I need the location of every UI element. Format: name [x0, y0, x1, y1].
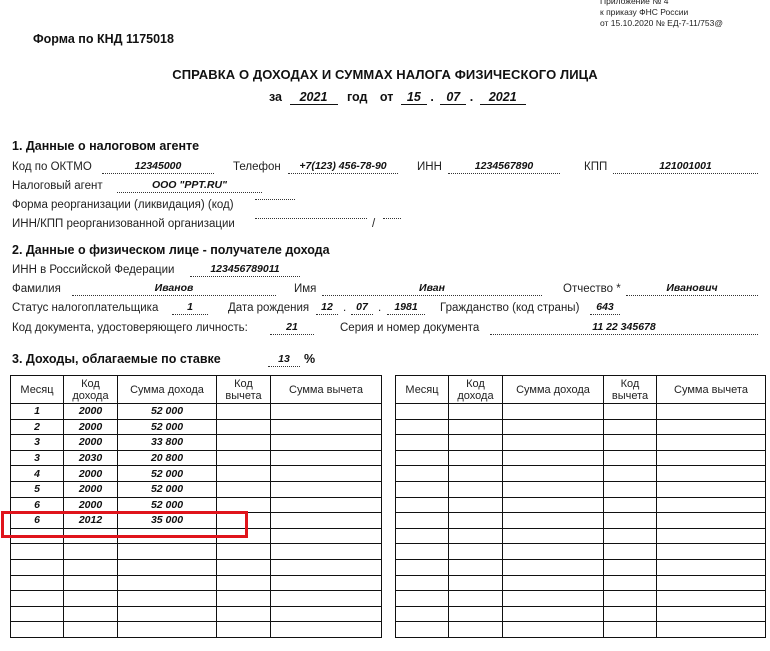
doc-number-label: Серия и номер документа [340, 322, 479, 334]
deduction-code-cell[interactable] [217, 450, 271, 466]
birth-year-field[interactable]: 1981 [387, 301, 425, 315]
income-amount-cell[interactable] [118, 559, 217, 575]
deduction-code-cell[interactable] [604, 435, 657, 451]
table-row [396, 450, 766, 466]
patronymic-field[interactable]: Иванович [626, 282, 758, 296]
deduction-amount-cell[interactable] [657, 622, 766, 638]
month-cell[interactable] [396, 466, 449, 482]
deduction-amount-cell[interactable] [271, 450, 382, 466]
birth-day-field[interactable]: 12 [316, 301, 338, 315]
month-cell[interactable] [396, 419, 449, 435]
deduction-amount-cell[interactable] [271, 528, 382, 544]
section-3-title: 3. Доходы, облагаемые по ставке [12, 352, 221, 366]
table-row [11, 575, 382, 591]
table-row [396, 559, 766, 575]
date-separator: . [430, 90, 433, 104]
patronymic-label: Отчество * [563, 283, 621, 295]
income-amount-cell[interactable] [503, 528, 604, 544]
income-code-cell[interactable] [449, 591, 503, 607]
tax-rate-field[interactable]: 13 [268, 353, 300, 367]
deduction-code-cell[interactable] [217, 606, 271, 622]
name-field[interactable]: Иван [322, 282, 542, 296]
income-code-cell[interactable] [449, 528, 503, 544]
appendix-line: Приложение № 4 [600, 0, 723, 7]
deduction-amount-cell[interactable] [271, 497, 382, 513]
column-header-deduction-code: Код вычета [217, 376, 271, 404]
income-code-cell[interactable] [449, 466, 503, 482]
deduction-amount-cell[interactable] [271, 591, 382, 607]
deduction-amount-cell[interactable] [657, 481, 766, 497]
month-cell[interactable] [396, 544, 449, 560]
deduction-amount-cell[interactable] [271, 466, 382, 482]
oktmo-field[interactable]: 12345000 [102, 160, 214, 174]
income-code-cell[interactable]: 2000 [64, 419, 118, 435]
deduction-code-cell[interactable] [217, 404, 271, 420]
table-row [396, 513, 766, 529]
income-code-cell[interactable] [64, 591, 118, 607]
income-code-cell[interactable] [449, 622, 503, 638]
table-row: 4200052 000 [11, 466, 382, 482]
column-header-deduction-code: Код вычета [604, 376, 657, 404]
month-cell[interactable]: 3 [11, 435, 64, 451]
income-code-cell[interactable] [449, 497, 503, 513]
doc-number-field[interactable]: 11 22 345678 [490, 321, 758, 335]
deduction-code-cell[interactable] [604, 622, 657, 638]
date-prefix: от [380, 90, 393, 104]
deduction-amount-cell[interactable] [271, 575, 382, 591]
surname-label: Фамилия [12, 283, 61, 295]
deduction-amount-cell[interactable] [271, 544, 382, 560]
deduction-code-cell[interactable] [604, 528, 657, 544]
table-row [396, 466, 766, 482]
income-amount-cell[interactable] [503, 513, 604, 529]
income-code-cell[interactable] [64, 575, 118, 591]
table-row: 5200052 000 [11, 481, 382, 497]
deduction-code-cell[interactable] [604, 513, 657, 529]
income-code-cell[interactable] [449, 481, 503, 497]
income-amount-cell[interactable] [503, 591, 604, 607]
table-row [396, 481, 766, 497]
column-header-income-code: Код дохода [64, 376, 118, 404]
reorg-innkpp-label: ИНН/КПП реорганизованной организации [12, 218, 235, 230]
form-code: Форма по КНД 1175018 [33, 32, 174, 46]
name-label: Имя [294, 283, 316, 295]
deduction-code-cell[interactable] [217, 466, 271, 482]
month-cell[interactable] [396, 481, 449, 497]
table-row [396, 575, 766, 591]
income-amount-cell[interactable] [503, 622, 604, 638]
document-title: СПРАВКА О ДОХОДАХ И СУММАХ НАЛОГА ФИЗИЧЕ… [0, 67, 770, 82]
doc-code-field[interactable]: 21 [270, 321, 314, 335]
year-prefix: за [269, 90, 282, 104]
month-cell[interactable] [11, 591, 64, 607]
deduction-code-cell[interactable] [217, 622, 271, 638]
deduction-amount-cell[interactable] [657, 591, 766, 607]
column-header-deduction-amount: Сумма вычета [271, 376, 382, 404]
deduction-amount-cell[interactable] [657, 466, 766, 482]
income-amount-cell[interactable] [503, 404, 604, 420]
table-row [11, 544, 382, 560]
income-amount-cell[interactable] [503, 466, 604, 482]
table-row [11, 591, 382, 607]
reorg-inn-field[interactable] [255, 218, 367, 219]
income-code-cell[interactable] [449, 404, 503, 420]
deduction-code-cell[interactable] [217, 544, 271, 560]
column-header-income-code: Код дохода [449, 376, 503, 404]
income-amount-cell[interactable] [118, 622, 217, 638]
phone-label: Телефон [233, 161, 281, 173]
income-code-cell[interactable] [449, 435, 503, 451]
section-2-title: 2. Данные о физическом лице - получателе… [12, 243, 330, 257]
month-cell[interactable] [11, 559, 64, 575]
income-code-cell[interactable] [64, 544, 118, 560]
income-table-right: Месяц Код дохода Сумма дохода Код вычета… [395, 375, 766, 638]
deduction-amount-cell[interactable] [271, 606, 382, 622]
agent-inn-label: ИНН [417, 161, 442, 173]
month-cell[interactable]: 5 [11, 481, 64, 497]
table-row [396, 497, 766, 513]
oktmo-label: Код по ОКТМО [12, 161, 92, 173]
table-row: 1200052 000 [11, 404, 382, 420]
month-cell[interactable] [396, 591, 449, 607]
deduction-code-cell[interactable] [604, 497, 657, 513]
table-row [396, 622, 766, 638]
income-amount-cell[interactable] [503, 575, 604, 591]
income-amount-cell[interactable] [503, 559, 604, 575]
highlighted-row-marker [1, 511, 248, 538]
deduction-code-cell[interactable] [604, 559, 657, 575]
citizenship-label: Гражданство (код страны) [440, 302, 579, 314]
agent-label: Налоговый агент [12, 180, 103, 192]
month-cell[interactable]: 1 [11, 404, 64, 420]
month-cell[interactable] [11, 575, 64, 591]
table-row: 3203020 800 [11, 450, 382, 466]
column-header-month: Месяц [11, 376, 64, 404]
deduction-amount-cell[interactable] [657, 513, 766, 529]
month-cell[interactable] [396, 404, 449, 420]
table-row [396, 528, 766, 544]
income-amount-cell[interactable] [503, 481, 604, 497]
income-amount-cell[interactable] [118, 575, 217, 591]
doc-code-label: Код документа, удостоверяющего личность: [12, 322, 248, 334]
column-header-income-amount: Сумма дохода [118, 376, 217, 404]
table-row: 2200052 000 [11, 419, 382, 435]
deduction-code-cell[interactable] [604, 466, 657, 482]
income-code-cell[interactable]: 2000 [64, 435, 118, 451]
income-code-cell[interactable] [449, 606, 503, 622]
agent-inn-field[interactable]: 1234567890 [448, 160, 560, 174]
month-cell[interactable] [396, 575, 449, 591]
deduction-code-cell[interactable] [604, 606, 657, 622]
table-row [396, 591, 766, 607]
month-cell[interactable] [396, 606, 449, 622]
income-amount-cell[interactable] [503, 497, 604, 513]
deduction-amount-cell[interactable] [271, 559, 382, 575]
income-code-cell[interactable]: 2030 [64, 450, 118, 466]
deduction-code-cell[interactable] [604, 591, 657, 607]
person-inn-label: ИНН в Российской Федерации [12, 264, 174, 276]
table-row: 3200033 800 [11, 435, 382, 451]
deduction-amount-cell[interactable] [271, 404, 382, 420]
table-row [11, 559, 382, 575]
deduction-amount-cell[interactable] [657, 450, 766, 466]
income-amount-cell[interactable]: 52 000 [118, 419, 217, 435]
deduction-amount-cell[interactable] [271, 435, 382, 451]
status-label: Статус налогоплательщика [12, 302, 158, 314]
deduction-code-cell[interactable] [217, 575, 271, 591]
date-day: 15 [401, 90, 427, 105]
table-row [396, 606, 766, 622]
reorg-kpp-field[interactable] [383, 218, 401, 219]
table-header-row: Месяц Код дохода Сумма дохода Код вычета… [396, 376, 766, 404]
deduction-amount-cell[interactable] [271, 419, 382, 435]
column-header-deduction-amount: Сумма вычета [657, 376, 766, 404]
income-amount-cell[interactable] [118, 591, 217, 607]
reorg-separator: / [372, 218, 375, 230]
income-code-cell[interactable] [64, 606, 118, 622]
date-separator: . [470, 90, 473, 104]
column-header-income-amount: Сумма дохода [503, 376, 604, 404]
deduction-code-cell[interactable] [217, 481, 271, 497]
appendix-note: Приложение № 4 к приказу ФНС России от 1… [600, 0, 723, 29]
kpp-label: КПП [584, 161, 607, 173]
income-amount-cell[interactable] [503, 606, 604, 622]
month-cell[interactable] [396, 435, 449, 451]
birth-date-label: Дата рождения [228, 302, 309, 314]
table-row [11, 606, 382, 622]
income-amount-cell[interactable]: 33 800 [118, 435, 217, 451]
phone-field[interactable]: +7(123) 456-78-90 [288, 160, 398, 174]
deduction-code-cell[interactable] [604, 481, 657, 497]
deduction-amount-cell[interactable] [657, 544, 766, 560]
income-amount-cell[interactable] [503, 419, 604, 435]
deduction-code-cell[interactable] [604, 404, 657, 420]
income-amount-cell[interactable]: 52 000 [118, 481, 217, 497]
income-table-left: Месяц Код дохода Сумма дохода Код вычета… [10, 375, 382, 638]
agent-field[interactable]: ООО "PPT.RU" [117, 179, 262, 193]
deduction-code-cell[interactable] [217, 435, 271, 451]
table-row [396, 404, 766, 420]
income-amount-cell[interactable] [503, 450, 604, 466]
deduction-code-cell[interactable] [604, 575, 657, 591]
deduction-amount-cell[interactable] [657, 528, 766, 544]
month-cell[interactable] [396, 528, 449, 544]
income-amount-cell[interactable]: 52 000 [118, 466, 217, 482]
month-cell[interactable] [396, 559, 449, 575]
income-code-cell[interactable] [449, 513, 503, 529]
deduction-amount-cell[interactable] [657, 435, 766, 451]
month-cell[interactable] [396, 622, 449, 638]
section-1-title: 1. Данные о налоговом агенте [12, 139, 199, 153]
document-period: за 2021 год от 15 . 07 . 2021 [269, 90, 526, 105]
deduction-amount-cell[interactable] [657, 497, 766, 513]
deduction-code-cell[interactable] [217, 559, 271, 575]
month-cell[interactable] [11, 622, 64, 638]
income-amount-cell[interactable] [503, 544, 604, 560]
status-field[interactable]: 1 [172, 301, 208, 315]
table-row [11, 622, 382, 638]
month-cell[interactable]: 4 [11, 466, 64, 482]
report-year: 2021 [290, 90, 338, 105]
deduction-amount-cell[interactable] [271, 622, 382, 638]
deduction-amount-cell[interactable] [657, 606, 766, 622]
appendix-line: от 15.10.2020 № ЕД-7-11/753@ [600, 18, 723, 29]
table-row [396, 435, 766, 451]
column-header-month: Месяц [396, 376, 449, 404]
income-code-cell[interactable] [449, 419, 503, 435]
deduction-code-cell[interactable] [604, 419, 657, 435]
income-code-cell[interactable]: 2000 [64, 466, 118, 482]
deduction-amount-cell[interactable] [657, 404, 766, 420]
month-cell[interactable] [396, 497, 449, 513]
income-amount-cell[interactable]: 52 000 [118, 404, 217, 420]
deduction-code-cell[interactable] [217, 591, 271, 607]
income-code-cell[interactable]: 2000 [64, 404, 118, 420]
deduction-amount-cell[interactable] [271, 513, 382, 529]
deduction-amount-cell[interactable] [657, 559, 766, 575]
deduction-code-cell[interactable] [604, 544, 657, 560]
kpp-field[interactable]: 121001001 [613, 160, 758, 174]
income-code-cell[interactable]: 2000 [64, 481, 118, 497]
date-separator: . [378, 302, 381, 314]
year-suffix: год [347, 90, 367, 104]
surname-field[interactable]: Иванов [72, 282, 276, 296]
income-amount-cell[interactable] [118, 606, 217, 622]
tax-rate-unit: % [304, 352, 315, 366]
date-separator: . [343, 302, 346, 314]
income-amount-cell[interactable] [118, 544, 217, 560]
date-year: 2021 [480, 90, 526, 105]
deduction-amount-cell[interactable] [657, 575, 766, 591]
table-row [396, 419, 766, 435]
income-code-cell[interactable] [449, 544, 503, 560]
deduction-code-cell[interactable] [217, 419, 271, 435]
income-code-cell[interactable] [64, 559, 118, 575]
income-code-cell[interactable] [449, 559, 503, 575]
month-cell[interactable]: 2 [11, 419, 64, 435]
month-cell[interactable] [11, 544, 64, 560]
deduction-amount-cell[interactable] [271, 481, 382, 497]
date-month: 07 [440, 90, 466, 105]
month-cell[interactable] [396, 450, 449, 466]
deduction-amount-cell[interactable] [657, 419, 766, 435]
table-row [396, 544, 766, 560]
income-amount-cell[interactable] [503, 435, 604, 451]
month-cell[interactable]: 3 [11, 450, 64, 466]
month-cell[interactable] [396, 513, 449, 529]
person-inn-field[interactable]: 123456789011 [190, 263, 300, 277]
appendix-line: к приказу ФНС России [600, 7, 723, 18]
reorg-form-label: Форма реорганизации (ликвидация) (код) [12, 199, 234, 211]
citizenship-field[interactable]: 643 [590, 301, 620, 315]
income-code-cell[interactable] [449, 575, 503, 591]
income-code-cell[interactable] [449, 450, 503, 466]
income-code-cell[interactable] [64, 622, 118, 638]
reorg-form-field[interactable] [255, 199, 295, 200]
month-cell[interactable] [11, 606, 64, 622]
income-amount-cell[interactable]: 20 800 [118, 450, 217, 466]
deduction-code-cell[interactable] [604, 450, 657, 466]
birth-month-field[interactable]: 07 [351, 301, 373, 315]
table-header-row: Месяц Код дохода Сумма дохода Код вычета… [11, 376, 382, 404]
